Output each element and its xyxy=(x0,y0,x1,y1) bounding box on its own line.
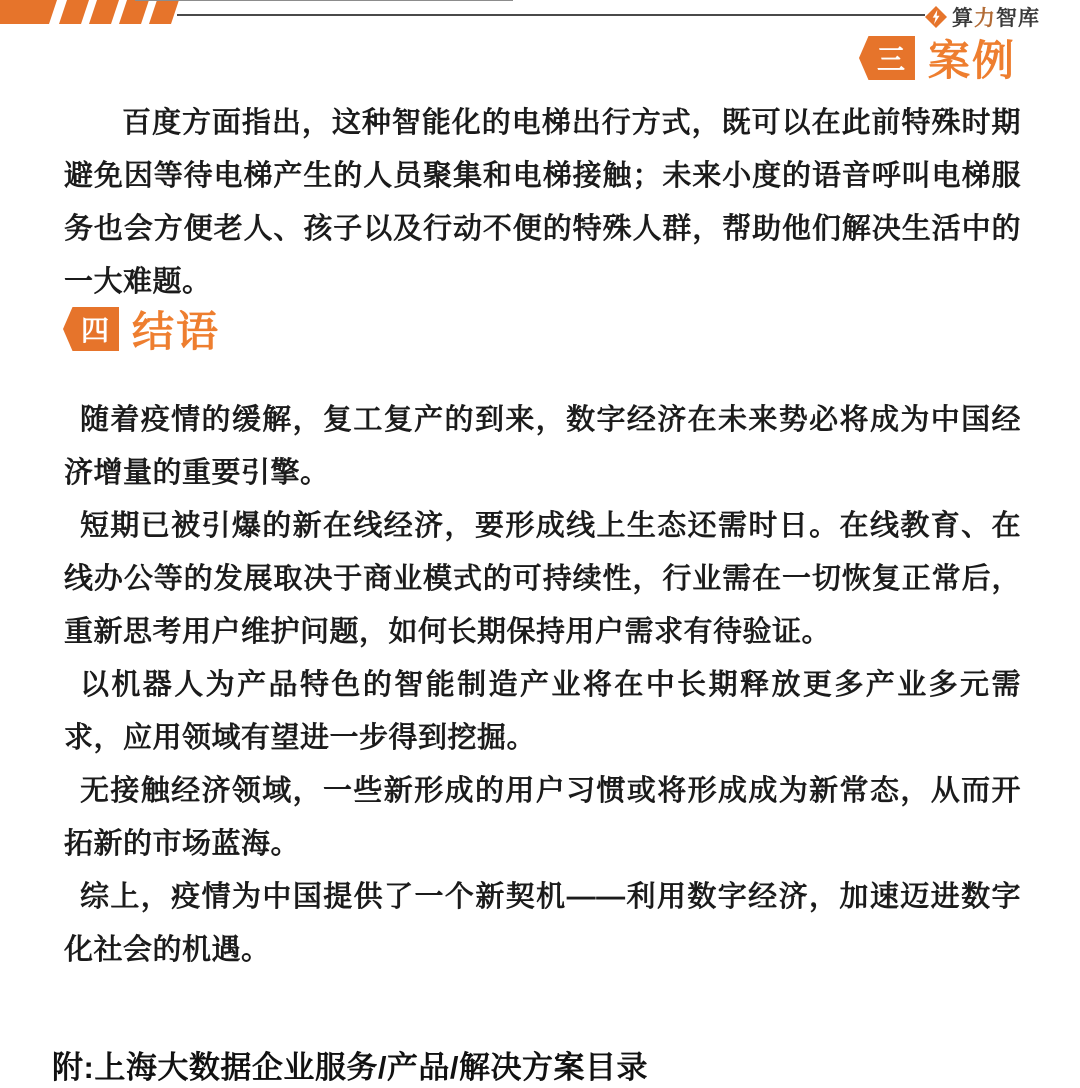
section-case-badge: 三 xyxy=(859,36,915,80)
paragraph: 随着疫情的缓解，复工复产的到来，数字经济在未来势必将成为中国经济增量的重要引擎。 xyxy=(64,394,1021,500)
paragraph: 百度方面指出，这种智能化的电梯出行方式，既可以在此前特殊时期避免因等待电梯产生的… xyxy=(64,97,1021,309)
paragraph: 无接触经济领域，一些新形成的用户习惯或将形成成为新常态，从而开拓新的市场蓝海。 xyxy=(64,765,1021,871)
section-conclusion-header: 四 结语 xyxy=(63,299,220,359)
section-case-header: 三 案例 xyxy=(859,28,1016,88)
paragraph: 综上，疫情为中国提供了一个新契机——利用数字经济，加速迈进数字化社会的机遇。 xyxy=(64,871,1021,977)
section-case-paragraphs: 百度方面指出，这种智能化的电梯出行方式，既可以在此前特殊时期避免因等待电梯产生的… xyxy=(64,97,1021,309)
header-divider-rule xyxy=(177,14,925,16)
diamond-bolt-icon xyxy=(925,6,947,28)
brand-name-part1: 算 xyxy=(952,7,974,30)
top-edge-line xyxy=(135,0,513,1)
stripes-banner-icon xyxy=(0,0,180,25)
section-conclusion-title: 结语 xyxy=(132,299,220,359)
appendix-title: 附:上海大数据企业服务/产品/解决方案目录 xyxy=(52,1042,648,1087)
section-conclusion-badge: 四 xyxy=(63,307,119,351)
paragraph: 短期已被引爆的新在线经济，要形成线上生态还需时日。在线教育、在线办公等的发展取决… xyxy=(64,500,1021,659)
section-case-title: 案例 xyxy=(928,28,1016,88)
paragraph: 以机器人为产品特色的智能制造产业将在中长期释放更多产业多元需求，应用领域有望进一… xyxy=(64,659,1021,765)
section-conclusion-paragraphs: 随着疫情的缓解，复工复产的到来，数字经济在未来势必将成为中国经济增量的重要引擎。… xyxy=(64,394,1021,977)
brand-name-part3: 智库 xyxy=(996,7,1040,30)
brand-name-part2: 力 xyxy=(974,7,996,30)
